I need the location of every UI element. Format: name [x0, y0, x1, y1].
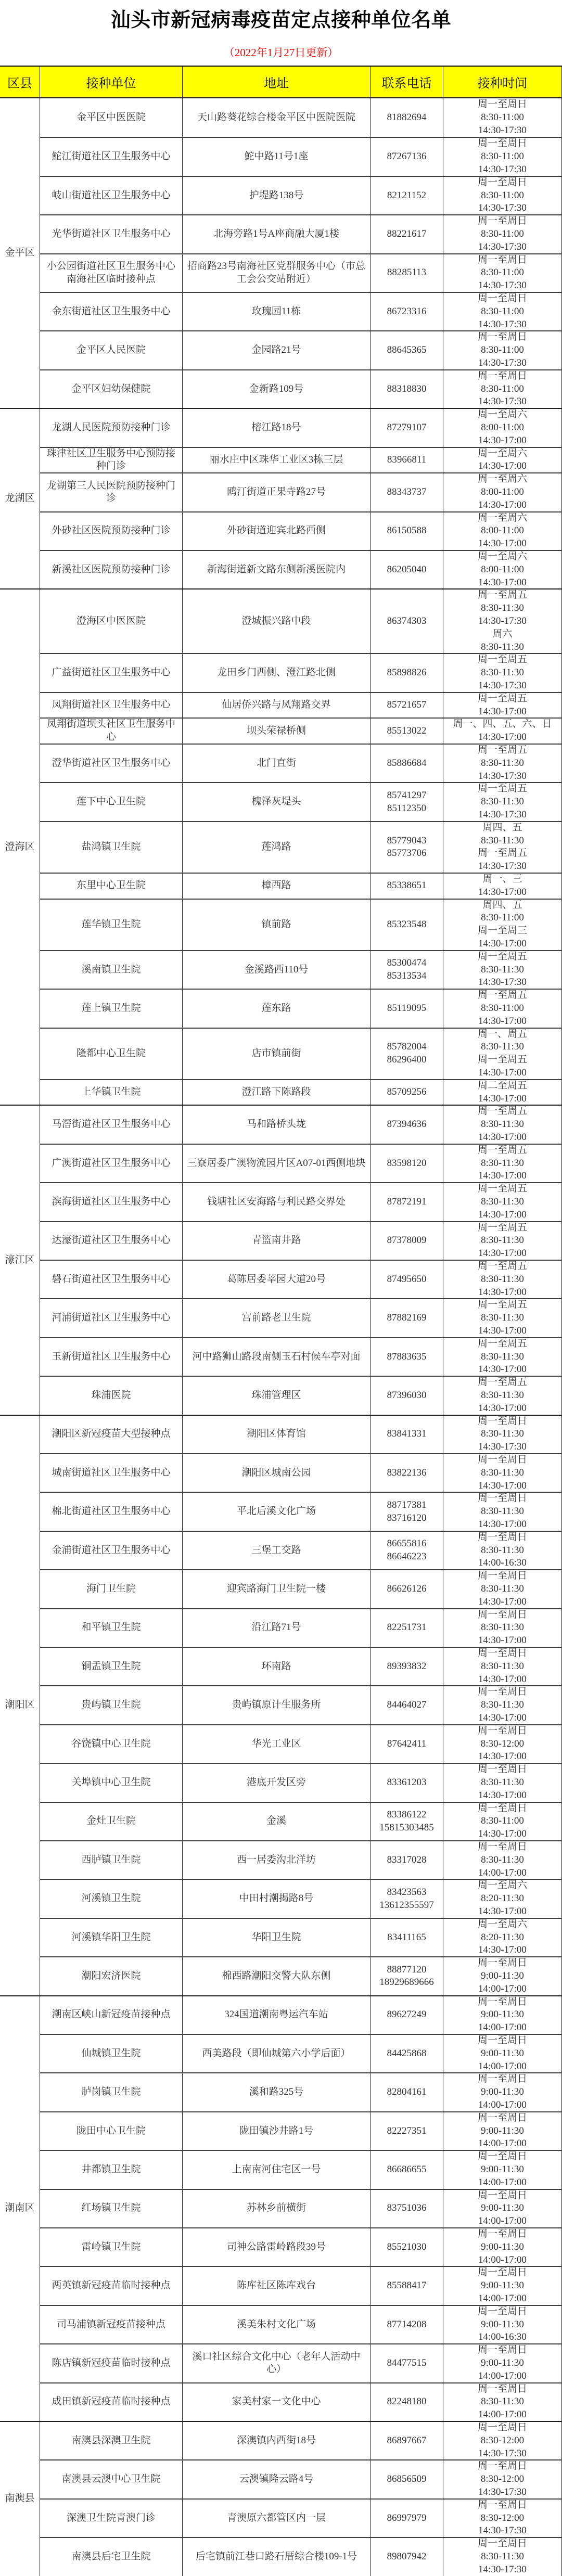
- phone-number: 86374303: [374, 615, 440, 628]
- site-name-cell: 广益街道社区卫生服务中心: [40, 654, 182, 691]
- site-address: 玫瑰园11栋: [252, 306, 301, 317]
- hours-line: 周一至周六: [446, 447, 558, 460]
- hours-line: 周一至周日: [446, 2228, 558, 2241]
- phone-number: 83966811: [374, 454, 440, 467]
- address-cell: 云澳镇隆云路4号: [182, 2460, 370, 2498]
- phone-cell: 85886684: [370, 745, 443, 782]
- hours-line: 8:30-11:30: [446, 1273, 558, 1286]
- hours-line: 14:00-17:00: [446, 2215, 558, 2228]
- site-address: 港底开发区旁: [247, 1777, 306, 1788]
- hours-cell: 周一至周六14:30-17:00: [443, 448, 562, 473]
- site-address: 天山路葵花综合楼金平区中医院医院: [197, 112, 355, 123]
- site-name-cell: 城南街道社区卫生服务中心: [40, 1454, 182, 1492]
- hours-cell: 周一至周日8:30-11:3014:30-17:30: [443, 1416, 562, 1453]
- hours-line: 8:30-11:00: [446, 189, 558, 202]
- address-cell: 坝头荣禄桥侧: [182, 719, 370, 744]
- address-cell: 溪口社区综合文化中心（老年人活动中心）: [182, 2344, 370, 2382]
- address-cell: 鮀中路11号1座: [182, 138, 370, 175]
- hours-line: 14:30-17:00: [446, 1828, 558, 1841]
- site-name-cell: 西胪镇卫生院: [40, 1841, 182, 1879]
- hours-line: 8:30-11:30: [446, 835, 558, 848]
- district-cell: 潮南区: [0, 1995, 40, 2421]
- phone-cell: 85521030: [370, 2228, 443, 2266]
- address-cell: 华阳卫生院: [182, 1919, 370, 1956]
- phone-number: 85741297: [374, 789, 440, 802]
- phone-cell: 86626126: [370, 1570, 443, 1608]
- address-cell: 槐泽灰堤头: [182, 783, 370, 821]
- hours-line: 8:30-11:30: [446, 2395, 558, 2408]
- district-cell: 龙湖区: [0, 408, 40, 588]
- site-name-cell: 井都镇卫生院: [40, 2151, 182, 2188]
- phone-cell: 8665581686646223: [370, 1532, 443, 1569]
- page-title: 汕头市新冠病毒疫苗定点接种单位名单: [0, 8, 562, 32]
- address-cell: 招商路23号南海社区党群服务中心（市总工会公交站附近）: [182, 254, 370, 292]
- site-name: 河溪镇卫生院: [81, 1893, 140, 1904]
- table-row: 龙湖第三人民医院预防接种门诊鸥汀街道正果寺路27号88343737周一至周六8:…: [40, 472, 562, 511]
- site-name: 成田镇新冠疫苗临时接种点: [52, 2396, 170, 2407]
- hours-line: 14:30-17:00: [446, 886, 558, 899]
- site-name: 铜盂镇卫生院: [81, 1661, 140, 1672]
- hours-line: 周一至周日: [446, 1415, 558, 1428]
- address-cell: 北门直街: [182, 745, 370, 782]
- site-name-cell: 雷岭镇卫生院: [40, 2228, 182, 2266]
- address-cell: 店市镇前街: [182, 1029, 370, 1079]
- hours-line: 14:30-17:00: [446, 1905, 558, 1918]
- phone-number: 86856509: [374, 2473, 440, 2486]
- site-name: 金平区中医医院: [76, 112, 146, 123]
- hours-line: 8:30-11:00: [446, 912, 558, 925]
- table-row: 潮阳宏济医院棉西路潮阳交警大队东侧8887712018929689666周一至周…: [40, 1956, 562, 1995]
- site-name-cell: 海门卫生院: [40, 1570, 182, 1608]
- hours-line: 周一至周六: [446, 1879, 558, 1892]
- table-header: 区县 接种单位 地址 联系电话 接种时间: [0, 66, 562, 98]
- hours-line: 8:00-11:00: [446, 524, 558, 537]
- hours-line: 14:30-17:30: [446, 615, 558, 628]
- hours-line: 14:30-17:00: [446, 1634, 558, 1647]
- hours-line: 周一至周六: [446, 408, 558, 421]
- hours-cell: 周一至周五8:30-11:0014:30-17:00: [443, 990, 562, 1027]
- hours-cell: 周一至周日8:30-11:0014:30-17:00: [443, 1803, 562, 1840]
- hours-line: 14:30-17:00: [446, 1325, 558, 1338]
- table-row: 两英镇新冠疫苗临时接种点陈库社区陈库戏台85588417周一至周日9:00-11…: [40, 2266, 562, 2304]
- hours-line: 8:00-11:00: [446, 486, 558, 499]
- site-name: 马滘街道社区卫生服务中心: [52, 1119, 170, 1130]
- table-row: 金平区妇幼保健院金新路109号88318830周一至周日8:30-11:0014…: [40, 369, 562, 408]
- site-address: 葛陈居委莘园大道20号: [227, 1274, 326, 1285]
- phone-cell: 8338612215815303485: [370, 1803, 443, 1840]
- site-name-cell: 莲下中心卫生院: [40, 783, 182, 821]
- site-name-cell: 马滘街道社区卫生服务中心: [40, 1106, 182, 1143]
- phone-number: 88285113: [374, 266, 440, 279]
- table-row: 莲华镇卫生院镇前路85323548周四、五8:30-11:00周一至周三14:3…: [40, 899, 562, 950]
- hours-line: 14:00-16:30: [446, 2331, 558, 2344]
- table-row: 澄华街道社区卫生服务中心北门直街85886684周一至周五8:30-11:301…: [40, 744, 562, 782]
- hours-cell: 周四、五8:30-11:30周一至周五14:30-17:30: [443, 822, 562, 873]
- hours-line: 周一至周日: [446, 137, 558, 150]
- hours-line: 8:30-11:30: [446, 1118, 558, 1131]
- site-name: 鮀江街道社区卫生服务中心: [52, 151, 170, 162]
- site-name-cell: 光华街道社区卫生服务中心: [40, 215, 182, 253]
- hours-cell: 周一至周日9:00-11:3014:00-17:00: [443, 2267, 562, 2304]
- phone-cell: 8530047485313534: [370, 951, 443, 989]
- hours-line: 周一至周五: [446, 1222, 558, 1235]
- phone-cell: 87394636: [370, 1106, 443, 1143]
- table-row: 河溪镇卫生院中田村潮揭路8号8342356313612355597周一至周六8:…: [40, 1879, 562, 1917]
- hours-cell: 周一至周五8:30-11:3014:30-17:30周六8:30-11:30: [443, 589, 562, 653]
- phone-number: 86626126: [374, 1583, 440, 1596]
- district-cell: 金平区: [0, 98, 40, 408]
- site-name: 珠浦医院: [91, 1390, 131, 1401]
- table-row: 西胪镇卫生院西一居委沟北洋坊83317028周一至周日8:30-11:3014:…: [40, 1840, 562, 1879]
- hours-line: 14:30-17:30: [446, 357, 558, 370]
- hours-line: 8:30-11:00: [446, 228, 558, 241]
- hours-line: 14:30-17:00: [446, 1712, 558, 1725]
- hours-line: 14:00-17:00: [446, 2137, 558, 2150]
- phone-number: 88318830: [374, 383, 440, 396]
- district-name: 金平区: [5, 247, 34, 260]
- site-address: 外砂街道迎宾北路西侧: [227, 525, 326, 536]
- hours-cell: 周一至周日8:30-11:3014:30-17:00: [443, 1609, 562, 1647]
- site-address: 沿江路71号: [251, 1622, 301, 1633]
- site-name-cell: 南澳县云澳中心卫生院: [40, 2460, 182, 2498]
- table-row: 莲下中心卫生院槐泽灰堤头8574129785112350周一至周五8:30-11…: [40, 782, 562, 821]
- hours-line: 8:30-11:30: [446, 1583, 558, 1596]
- hours-line: 8:30-11:30: [446, 1776, 558, 1789]
- site-name: 陇田中心卫生院: [76, 2125, 146, 2136]
- phone-number: 85313534: [374, 970, 440, 983]
- hours-cell: 周一至周六8:00-11:0014:30-17:00: [443, 551, 562, 588]
- hours-line: 14:30-17:30: [446, 318, 558, 331]
- phone-number: 85779043: [374, 835, 440, 848]
- site-name-cell: 金浦街道社区卫生服务中心: [40, 1532, 182, 1569]
- hours-line: 8:30-11:00: [446, 111, 558, 124]
- table-row: 隆都中心卫生院店市镇前街8578200486296400周一、周五8:30-11…: [40, 1028, 562, 1079]
- hours-line: 14:30-17:00: [446, 1673, 558, 1686]
- hours-line: 14:30-17:30: [446, 770, 558, 783]
- phone-number: 86686655: [374, 2163, 440, 2176]
- hours-line: 周一至周五: [446, 589, 558, 602]
- site-address: 榕江路18号: [251, 422, 301, 433]
- table-row: 岐山街道社区卫生服务中心护堤路138号82121152周一至周日8:30-11:…: [40, 176, 562, 214]
- site-name-cell: 滨海街道社区卫生服务中心: [40, 1183, 182, 1221]
- hours-line: 周一至周日: [446, 1454, 558, 1467]
- site-address: 三堡工交路: [251, 1545, 301, 1556]
- site-name: 金东街道社区卫生服务中心: [52, 306, 170, 317]
- hours-line: 9:00-11:30: [446, 2318, 558, 2331]
- phone-cell: 88318830: [370, 370, 443, 408]
- site-address: 迎宾路海门卫生院一楼: [227, 1583, 326, 1594]
- hours-line: 周一至周日: [446, 331, 558, 344]
- hours-line: 14:30-17:00: [446, 1209, 558, 1222]
- phone-number: 87394636: [374, 1118, 440, 1131]
- phone-number: 87872191: [374, 1196, 440, 1209]
- site-address: 鮀中路11号1座: [245, 151, 309, 162]
- hours-line: 8:30-11:30: [446, 2551, 558, 2564]
- phone-cell: 88343737: [370, 473, 443, 511]
- site-address: 招商路23号南海社区党群服务中心（市总工会公交站附近）: [187, 261, 365, 285]
- table-row: 东里中心卫生院樟西路85338651周一、三14:30-17:00: [40, 873, 562, 899]
- hours-line: 周一至周日: [446, 2305, 558, 2318]
- address-cell: 镇前路: [182, 900, 370, 950]
- hours-line: 周一至周日: [446, 215, 558, 228]
- hours-line: 14:30-17:30: [446, 279, 558, 292]
- address-cell: 上南南河住宅区一号: [182, 2151, 370, 2188]
- phone-number: 89393832: [374, 1660, 440, 1673]
- site-name: 深澳卫生院青澳门诊: [67, 2513, 156, 2523]
- phone-number: 15815303485: [374, 1822, 440, 1835]
- site-name-cell: 广澳街道社区卫生服务中心: [40, 1145, 182, 1182]
- hours-cell: 周一至周五8:30-11:3014:30-17:00: [443, 1299, 562, 1337]
- address-cell: 三堡工交路: [182, 1532, 370, 1569]
- phone-cell: 89393832: [370, 1648, 443, 1685]
- phone-cell: 87714208: [370, 2306, 443, 2343]
- table-row: 广澳街道社区卫生服务中心三寮居委广澳物流园片区A07-01西侧地块8359812…: [40, 1144, 562, 1182]
- site-address: 新海街道新文路东侧新溪医院内: [207, 564, 346, 575]
- phone-number: 86655816: [374, 1537, 440, 1550]
- hours-line: 14:30-17:30: [446, 395, 558, 408]
- district-cell: 濠江区: [0, 1105, 40, 1414]
- district-name: 潮阳区: [5, 1699, 34, 1712]
- site-name: 凤翔街道坝头社区卫生服务中心: [47, 719, 175, 742]
- hours-line: 周一至周日: [446, 2421, 558, 2434]
- site-address: 澄江路下陈路段: [241, 1086, 311, 1097]
- hours-line: 周一至周五: [446, 693, 558, 706]
- hours-cell: 周一至周日8:30-11:0014:30-17:30: [443, 293, 562, 330]
- hours-line: 周一至周五: [446, 1183, 558, 1196]
- column-header-site: 接种单位: [40, 67, 182, 97]
- address-cell: 贵屿镇原计生服务所: [182, 1686, 370, 1724]
- site-name: 和平镇卫生院: [81, 1622, 140, 1633]
- site-name: 雷岭镇卫生院: [81, 2241, 140, 2252]
- hours-cell: 周一至周日8:30-11:3014:00-17:00: [443, 2383, 562, 2421]
- phone-number: 86150588: [374, 524, 440, 537]
- hours-line: 14:30-17:30: [446, 976, 558, 989]
- hours-line: 14:30-17:30: [446, 809, 558, 822]
- phone-number: 85112350: [374, 802, 440, 815]
- table-row: 金平区中医医院天山路葵花综合楼金平区中医院医院81882694周一至周日8:30…: [40, 98, 562, 137]
- phone-cell: 85323548: [370, 900, 443, 950]
- phone-cell: 88221617: [370, 215, 443, 253]
- table-row: 凤翔街道坝头社区卫生服务中心坝头荣禄桥侧85513022周一、四、五、六、日14…: [40, 717, 562, 744]
- site-name-cell: 仙城镇卫生院: [40, 2035, 182, 2072]
- hours-line: 14:30-17:30: [446, 1441, 558, 1454]
- hours-line: 周一至周五: [446, 1299, 558, 1312]
- address-cell: 青澳原六都管区内一层: [182, 2500, 370, 2537]
- hours-line: 周一至周日: [446, 2034, 558, 2047]
- hours-cell: 周一至周五8:30-11:3014:30-17:30: [443, 951, 562, 989]
- address-cell: 北海旁路1号A座商融大厦1楼: [182, 215, 370, 253]
- phone-number: 83822136: [374, 1467, 440, 1480]
- phone-cell: 87279107: [370, 409, 443, 446]
- hours-line: 14:30-17:00: [446, 1789, 558, 1802]
- phone-number: 82227351: [374, 2125, 440, 2138]
- hours-line: 周一至周六: [446, 550, 558, 563]
- table-row: 珠津社区卫生服务中心预防接种门诊丽水庄中区珠华工业区3栋三层83966811周一…: [40, 447, 562, 473]
- table-row: 河溪镇华阳卫生院华阳卫生院83411165周一至周六8:20-11:3014:3…: [40, 1918, 562, 1956]
- site-address: 苏林乡前横街: [247, 2202, 306, 2213]
- hours-line: 周一至周六: [446, 473, 558, 486]
- site-name: 金浦街道社区卫生服务中心: [52, 1545, 170, 1556]
- phone-number: 88343737: [374, 486, 440, 499]
- phone-cell: 86150588: [370, 512, 443, 550]
- address-cell: 家美村家一文化中心: [182, 2383, 370, 2421]
- hours-line: 14:00-17:00: [446, 2176, 558, 2189]
- site-name-cell: 河溪镇卫生院: [40, 1880, 182, 1917]
- site-address: 仙居侨兴路与凤翔路交界: [222, 699, 330, 710]
- hours-line: 14:30-17:00: [446, 537, 558, 550]
- hours-cell: 周一至周日8:30-12:0014:30-17:30: [443, 2460, 562, 2498]
- site-address: 环南路: [261, 1661, 291, 1672]
- site-name-cell: 金平区妇幼保健院: [40, 370, 182, 408]
- table-row: 南澳县后宅卫生院后宅镇前江巷口路石厝综合楼109-1号89807942周一至周日…: [40, 2537, 562, 2575]
- hours-line: 周一至周日: [446, 2383, 558, 2396]
- address-cell: 迎宾路海门卫生院一楼: [182, 1570, 370, 1608]
- site-name: 城南街道社区卫生服务中心: [52, 1467, 170, 1478]
- site-name-cell: 两英镇新冠疫苗临时接种点: [40, 2267, 182, 2304]
- hours-cell: 周一至周日8:30-11:3014:30-17:00: [443, 1570, 562, 1608]
- site-address: 金溪路西110号: [245, 964, 309, 975]
- hours-line: 14:30-17:00: [446, 1363, 558, 1376]
- hours-cell: 周一至周日8:30-12:0014:30-17:30: [443, 2422, 562, 2459]
- site-address: 华阳卫生院: [251, 1932, 301, 1943]
- site-name: 澄华街道社区卫生服务中心: [52, 758, 170, 768]
- table-row: 河浦街道社区卫生服务中心宫前路老卫生院87882169周一至周五8:30-11:…: [40, 1298, 562, 1337]
- hours-line: 14:00-17:00: [446, 2060, 558, 2073]
- site-name: 仙城镇卫生院: [81, 2048, 140, 2059]
- address-cell: 河中路狮山路段南侧玉石村候车亭对面: [182, 1338, 370, 1376]
- site-name: 光华街道社区卫生服务中心: [52, 228, 170, 239]
- hours-line: 8:30-11:30: [446, 1351, 558, 1364]
- site-name-cell: 铜盂镇卫生院: [40, 1648, 182, 1685]
- site-address: 北门直街: [257, 758, 296, 768]
- address-cell: 马和路桥头垅: [182, 1106, 370, 1143]
- column-header-phone: 联系电话: [370, 67, 443, 97]
- hours-line: 周一至周日: [446, 1763, 558, 1776]
- table-row: 溪南镇卫生院金溪路西110号8530047485313534周一至周五8:30-…: [40, 950, 562, 989]
- hours-line: 14:00-17:00: [446, 2370, 558, 2383]
- phone-cell: 86897667: [370, 2422, 443, 2459]
- site-name-cell: 龙湖人民医院预防接种门诊: [40, 409, 182, 446]
- site-name-cell: 磐石街道社区卫生服务中心: [40, 1261, 182, 1298]
- address-cell: 后宅镇前江巷口路石厝综合楼109-1号: [182, 2538, 370, 2575]
- hours-line: 14:00-17:00: [446, 2292, 558, 2305]
- hours-line: 14:30-17:30: [446, 163, 558, 176]
- site-name: 南澳县云澳中心卫生院: [61, 2474, 160, 2484]
- hours-line: 14:30-17:30: [446, 2524, 558, 2537]
- hours-line: 14:30-17:30: [446, 124, 558, 137]
- site-name: 岐山街道社区卫生服务中心: [52, 190, 170, 201]
- phone-cell: 8887712018929689666: [370, 1957, 443, 1995]
- site-name: 磐石街道社区卫生服务中心: [52, 1274, 170, 1285]
- hours-cell: 周一至周日9:00-11:3014:00-17:00: [443, 1957, 562, 1995]
- address-cell: 深澳镇内西街18号: [182, 2422, 370, 2459]
- site-name-cell: 金平区中医医院: [40, 98, 182, 137]
- hours-line: 8:00-11:00: [446, 421, 558, 434]
- site-name: 潮阳区新冠疫苗大型接种点: [52, 1428, 170, 1439]
- hours-line: 周一至周日: [446, 2112, 558, 2125]
- phone-cell: 83751036: [370, 2190, 443, 2227]
- address-cell: 宫前路老卫生院: [182, 1299, 370, 1337]
- address-cell: 仙居侨兴路与凤翔路交界: [182, 693, 370, 718]
- site-name-cell: 河溪镇华阳卫生院: [40, 1919, 182, 1956]
- phone-number: 85119095: [374, 1002, 440, 1015]
- site-address: 深澳镇内西街18号: [237, 2435, 316, 2446]
- site-name: 西胪镇卫生院: [81, 1854, 140, 1865]
- hours-line: 周一至周五: [446, 989, 558, 1002]
- hours-line: 周一至周日: [446, 1802, 558, 1815]
- site-address: 鸥汀街道正果寺路27号: [227, 486, 326, 497]
- address-cell: 樟西路: [182, 874, 370, 899]
- address-cell: 莲鸿路: [182, 822, 370, 873]
- hours-line: 8:30-12:00: [446, 2434, 558, 2447]
- phone-cell: 85709256: [370, 1080, 443, 1105]
- site-address: 镇前路: [261, 919, 291, 930]
- hours-line: 周六: [446, 628, 558, 641]
- site-address: 樟西路: [261, 880, 291, 891]
- table-row: 棉北街道社区卫生服务中心平北后溪文化广场8871738183716120周一至周…: [40, 1492, 562, 1530]
- site-address: 北海旁路1号A座商融大厦1楼: [213, 228, 339, 239]
- hours-line: 14:30-17:00: [446, 576, 558, 589]
- site-name: 谷饶镇中心卫生院: [71, 1738, 150, 1749]
- site-name: 东里中心卫生院: [76, 880, 146, 891]
- site-name-cell: 澄华街道社区卫生服务中心: [40, 745, 182, 782]
- district-name: 澄海区: [5, 841, 34, 854]
- phone-number: 83751036: [374, 2202, 440, 2215]
- site-name: 盐鸿镇卫生院: [81, 841, 140, 852]
- phone-number: 85323548: [374, 918, 440, 931]
- phone-cell: 8342356313612355597: [370, 1880, 443, 1917]
- table-row: 和平镇卫生院沿江路71号82251731周一至周日8:30-11:3014:30…: [40, 1608, 562, 1647]
- hours-line: 8:30-11:00: [446, 1002, 558, 1015]
- hours-line: 8:30-11:00: [446, 150, 558, 163]
- hours-line: 14:30-17:30: [446, 241, 558, 254]
- hours-line: 8:30-11:30: [446, 1544, 558, 1557]
- phone-number: 85338651: [374, 879, 440, 892]
- phone-number: 87882169: [374, 1312, 440, 1325]
- site-name-cell: 潮阳区新冠疫苗大型接种点: [40, 1416, 182, 1453]
- site-name: 两英镇新冠疫苗临时接种点: [52, 2280, 170, 2291]
- site-name: 潮阳宏济医院: [81, 1970, 140, 1981]
- hours-cell: 周一至周日8:30-11:0014:30-17:30: [443, 177, 562, 214]
- hours-line: 14:30-17:00: [446, 1480, 558, 1493]
- table-row: 谷饶镇中心卫生院华光工业区87642411周一至周日8:30-12:0014:3…: [40, 1724, 562, 1763]
- table-row: 金平区人民医院金园路21号88645365周一至周日8:30-11:0014:3…: [40, 330, 562, 369]
- phone-number: 87714208: [374, 2318, 440, 2331]
- site-name: 司马浦镇新冠疫苗接种点: [57, 2319, 165, 2330]
- address-cell: 金溪: [182, 1803, 370, 1840]
- hours-line: 周一至周五: [446, 1376, 558, 1389]
- phone-number: 84425868: [374, 2047, 440, 2060]
- phone-number: 82251731: [374, 1621, 440, 1634]
- site-address: 324国道潮南粤运汽车站: [224, 2009, 328, 2020]
- site-address: 西一居委沟北洋坊: [237, 1854, 316, 1865]
- district-name: 龙湖区: [5, 492, 34, 505]
- hours-line: 14:30-17:00: [446, 1518, 558, 1531]
- phone-cell: 87883635: [370, 1338, 443, 1376]
- column-header-hours: 接种时间: [443, 67, 562, 97]
- site-name-cell: 贵屿镇卫生院: [40, 1686, 182, 1724]
- address-cell: 陈库社区陈库戏台: [182, 2267, 370, 2304]
- table-row: 深澳卫生院青澳门诊青澳原六都管区内一层86997979周一至周日8:30-12:…: [40, 2498, 562, 2537]
- site-address: 珠浦管理区: [251, 1390, 301, 1401]
- hours-line: 周一至周五: [446, 1054, 558, 1067]
- phone-cell: 8871738183716120: [370, 1493, 443, 1530]
- hours-cell: 周一至周五8:30-11:3014:30-17:00: [443, 1261, 562, 1298]
- site-name-cell: 外砂社区医院预防接种门诊: [40, 512, 182, 550]
- hours-line: 14:30-17:00: [446, 1015, 558, 1028]
- site-name-cell: 棉北街道社区卫生服务中心: [40, 1493, 182, 1530]
- phone-number: 18929689666: [374, 1976, 440, 1989]
